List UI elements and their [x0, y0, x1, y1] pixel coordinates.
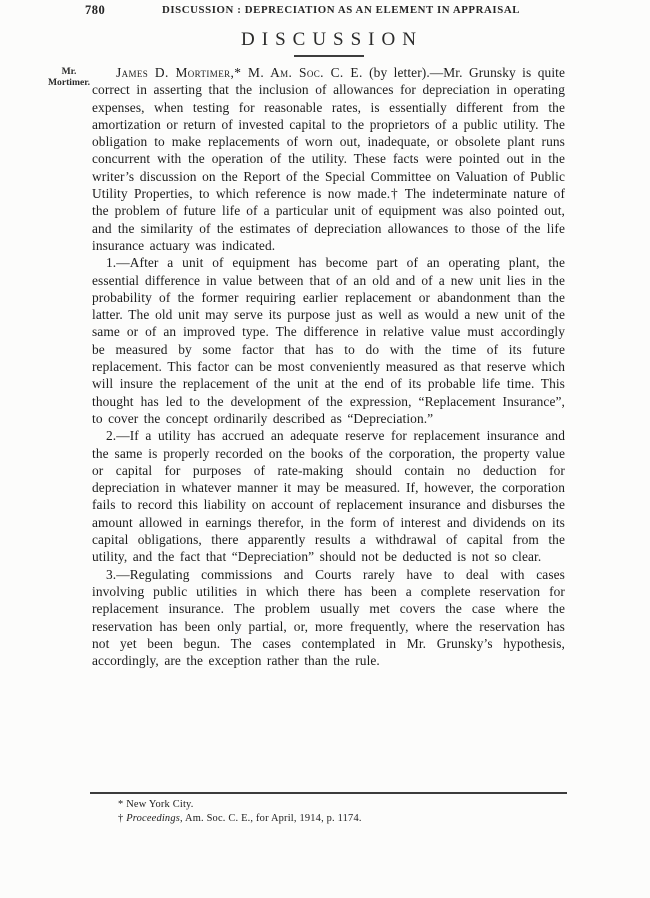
speaker-name: James D. Mortimer,* M. Am. Soc. C. E. — [116, 65, 363, 80]
footnote-2-marker: † — [118, 813, 126, 824]
speaker-paragraph-text: (by letter).—Mr. Grunsky is quite correc… — [92, 65, 565, 253]
title-rule — [294, 55, 364, 57]
page-number: 780 — [85, 3, 105, 18]
speaker-paragraph: James D. Mortimer,* M. Am. Soc. C. E. (b… — [92, 64, 565, 254]
footnotes: * New York City. † Proceedings, Am. Soc.… — [118, 798, 558, 826]
paragraph-1: 1.—After a unit of equipment has become … — [92, 254, 565, 427]
footnote-2: † Proceedings, Am. Soc. C. E., for April… — [118, 812, 558, 826]
section-title-block: DISCUSSION — [92, 29, 565, 57]
section-title: DISCUSSION — [92, 29, 565, 51]
running-head: DISCUSSION : DEPRECIATION AS AN ELEMENT … — [117, 4, 565, 16]
footnote-2-rest: , Am. Soc. C. E., for April, 1914, p. 11… — [180, 813, 362, 824]
paragraph-2: 2.—If a utility has accrued an adequate … — [92, 427, 565, 565]
body-text: James D. Mortimer,* M. Am. Soc. C. E. (b… — [92, 64, 565, 669]
paragraph-3: 3.—Regulating commissions and Courts rar… — [92, 566, 565, 670]
footnote-rule — [90, 792, 567, 794]
scanned-page: 780 DISCUSSION : DEPRECIATION AS AN ELEM… — [0, 0, 650, 898]
footnote-2-italic: Proceedings — [126, 813, 180, 824]
footnote-1: * New York City. — [118, 798, 558, 812]
page-header: 780 DISCUSSION : DEPRECIATION AS AN ELEM… — [85, 3, 565, 19]
